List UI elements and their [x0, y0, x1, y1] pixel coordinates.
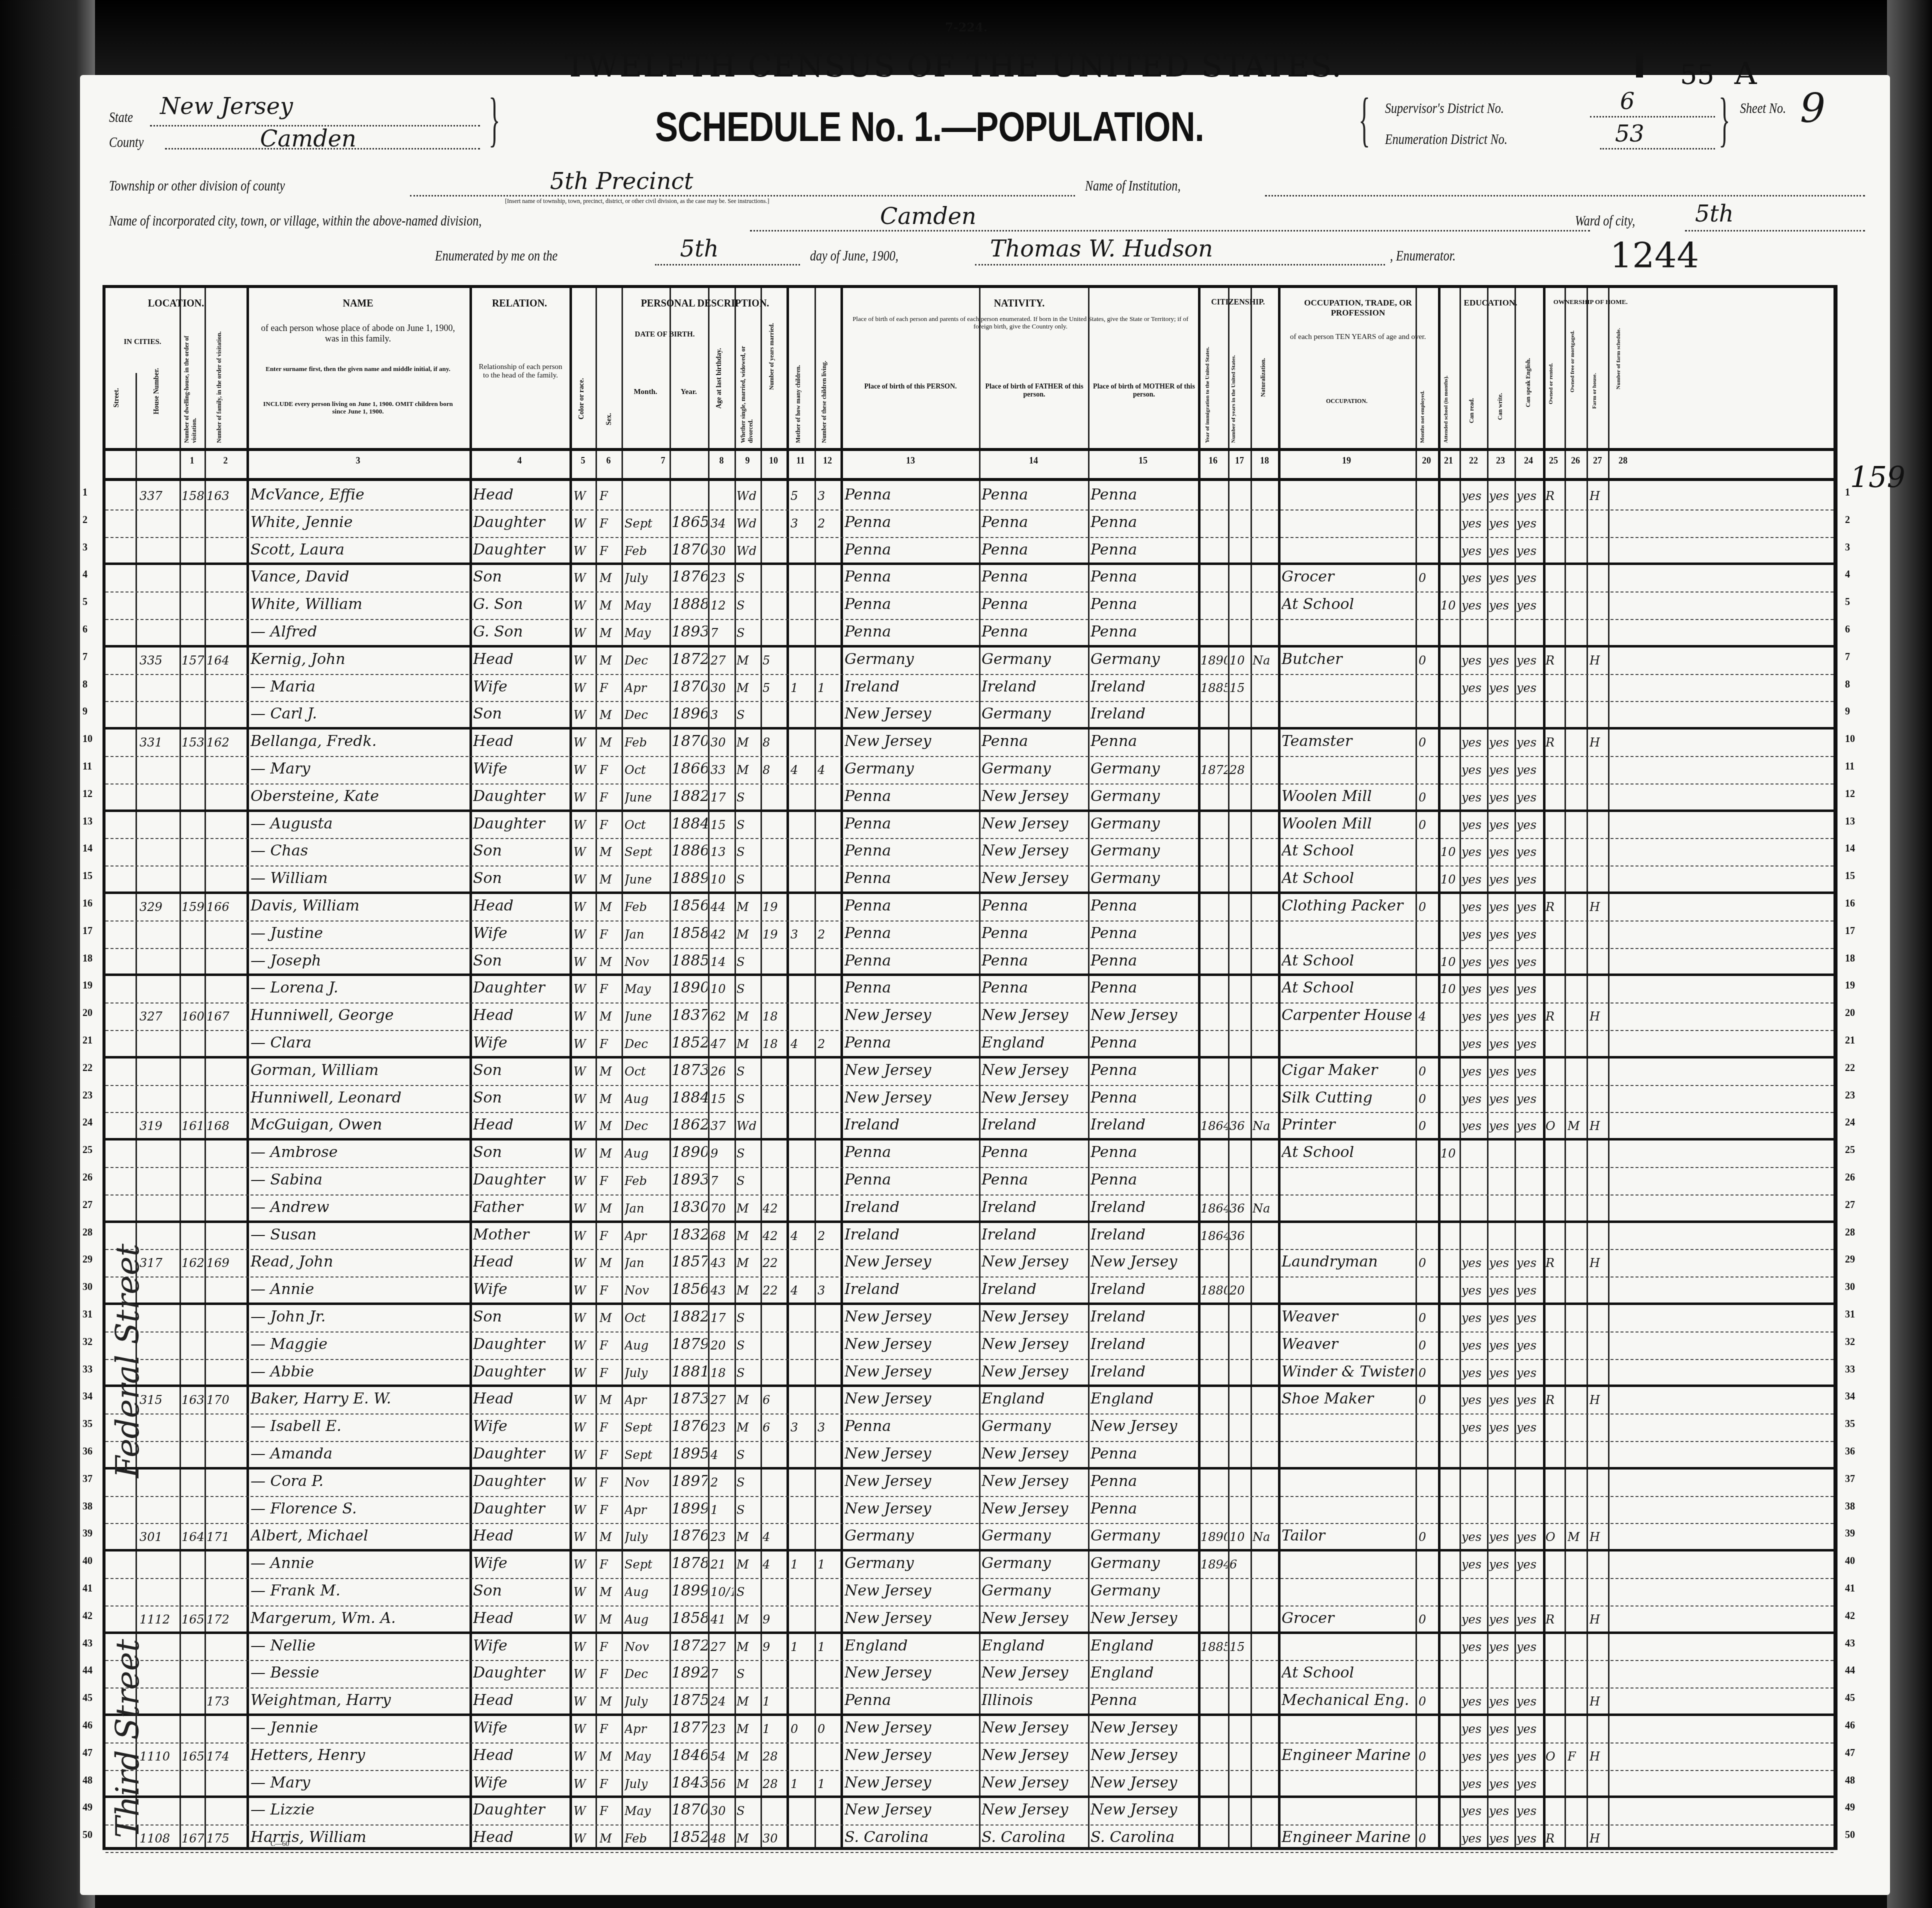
relation-cell[interactable]: Head: [473, 1390, 568, 1407]
birthplace-person-cell[interactable]: Penna: [844, 979, 977, 996]
can-read-cell[interactable]: yes: [1461, 1749, 1486, 1763]
can-speak-english-cell[interactable]: yes: [1516, 1366, 1542, 1380]
state-value[interactable]: New Jersey: [160, 92, 293, 119]
birth-year-cell[interactable]: 1892: [671, 1664, 707, 1681]
children-living-cell[interactable]: 4: [817, 763, 839, 777]
can-read-cell[interactable]: yes: [1461, 1037, 1486, 1051]
birthplace-father-cell[interactable]: Penna: [981, 623, 1086, 640]
children-living-cell[interactable]: 0: [817, 1722, 839, 1736]
years-in-us-cell[interactable]: 10: [1229, 1530, 1250, 1544]
marital-status-cell[interactable]: S: [736, 1503, 759, 1517]
can-write-cell[interactable]: yes: [1489, 982, 1514, 996]
person-name-cell[interactable]: — Maria: [250, 678, 468, 695]
can-write-cell[interactable]: yes: [1489, 872, 1514, 886]
birthplace-father-cell[interactable]: Ireland: [981, 1198, 1086, 1216]
age-cell[interactable]: 37: [710, 1119, 733, 1133]
can-read-cell[interactable]: yes: [1461, 1831, 1486, 1845]
birth-month-cell[interactable]: May: [624, 598, 668, 612]
can-read-cell[interactable]: yes: [1461, 1530, 1486, 1544]
person-name-cell[interactable]: — Nellie: [250, 1637, 468, 1654]
person-name-cell[interactable]: — Andrew: [250, 1198, 468, 1216]
can-read-cell[interactable]: yes: [1461, 982, 1486, 996]
months-school-cell[interactable]: 10: [1440, 1146, 1459, 1160]
birth-year-cell[interactable]: 1832: [671, 1226, 707, 1243]
age-cell[interactable]: 2: [710, 1475, 733, 1489]
birthplace-person-cell[interactable]: New Jersey: [844, 1308, 977, 1325]
years-married-cell[interactable]: 6: [762, 1393, 785, 1407]
occupation-cell[interactable]: Silk Cutting: [1281, 1089, 1414, 1106]
months-unemployed-cell[interactable]: 0: [1418, 900, 1437, 914]
color-race-cell[interactable]: W: [573, 955, 594, 969]
birth-month-cell[interactable]: Dec: [624, 653, 668, 667]
age-cell[interactable]: 68: [710, 1229, 733, 1243]
years-married-cell[interactable]: 28: [762, 1749, 785, 1763]
months-unemployed-cell[interactable]: 0: [1418, 1256, 1437, 1270]
dwelling-number-cell[interactable]: 165: [181, 1749, 204, 1763]
birth-year-cell[interactable]: 1852: [671, 1828, 707, 1846]
years-in-us-cell[interactable]: 36: [1229, 1201, 1250, 1215]
marital-status-cell[interactable]: S: [736, 1092, 759, 1106]
can-read-cell[interactable]: yes: [1461, 900, 1486, 914]
relation-cell[interactable]: Head: [473, 1527, 568, 1544]
age-cell[interactable]: 27: [710, 1640, 733, 1654]
dwelling-number-cell[interactable]: 161: [181, 1119, 204, 1133]
birthplace-father-cell[interactable]: New Jersey: [981, 1719, 1086, 1736]
color-race-cell[interactable]: W: [573, 763, 594, 777]
birthplace-mother-cell[interactable]: Germany: [1090, 869, 1196, 887]
birth-year-cell[interactable]: 1884: [671, 815, 707, 832]
birth-month-cell[interactable]: Feb: [624, 1174, 668, 1188]
can-read-cell[interactable]: yes: [1461, 1640, 1486, 1654]
sex-cell[interactable]: F: [599, 1448, 620, 1462]
years-in-us-cell[interactable]: 6: [1229, 1557, 1250, 1571]
can-speak-english-cell[interactable]: yes: [1516, 1804, 1542, 1818]
marital-status-cell[interactable]: M: [736, 1557, 759, 1571]
birth-year-cell[interactable]: 1876: [671, 1417, 707, 1435]
marital-status-cell[interactable]: S: [736, 790, 759, 804]
family-number-cell[interactable]: 174: [206, 1749, 245, 1763]
owned-rented-cell[interactable]: R: [1545, 1256, 1564, 1270]
relation-cell[interactable]: Son: [473, 869, 568, 887]
birthplace-person-cell[interactable]: New Jersey: [844, 1472, 977, 1490]
marital-status-cell[interactable]: M: [736, 1393, 759, 1407]
birthplace-person-cell[interactable]: Ireland: [844, 1198, 977, 1216]
birthplace-mother-cell[interactable]: Penna: [1090, 595, 1196, 613]
color-race-cell[interactable]: W: [573, 982, 594, 996]
age-cell[interactable]: 10: [710, 872, 733, 886]
mother-of-children-cell[interactable]: 1: [790, 1557, 813, 1571]
sex-cell[interactable]: M: [599, 1311, 620, 1325]
color-race-cell[interactable]: W: [573, 1092, 594, 1106]
can-write-cell[interactable]: yes: [1489, 1530, 1514, 1544]
owned-rented-cell[interactable]: R: [1545, 1393, 1564, 1407]
relation-cell[interactable]: Son: [473, 568, 568, 585]
birthplace-mother-cell[interactable]: Penna: [1090, 1472, 1196, 1490]
can-write-cell[interactable]: yes: [1489, 1640, 1514, 1654]
birthplace-person-cell[interactable]: Penna: [844, 869, 977, 887]
birthplace-person-cell[interactable]: New Jersey: [844, 1390, 977, 1407]
birth-month-cell[interactable]: Jan: [624, 1201, 668, 1215]
birth-month-cell[interactable]: Apr: [624, 1503, 668, 1517]
birth-month-cell[interactable]: July: [624, 1777, 668, 1791]
marital-status-cell[interactable]: S: [736, 708, 759, 722]
house-number-cell[interactable]: 319: [139, 1119, 179, 1133]
can-read-cell[interactable]: yes: [1461, 681, 1486, 695]
relation-cell[interactable]: Head: [473, 732, 568, 750]
dwelling-number-cell[interactable]: 164: [181, 1530, 204, 1544]
can-write-cell[interactable]: yes: [1489, 1366, 1514, 1380]
color-race-cell[interactable]: W: [573, 1585, 594, 1599]
years-married-cell[interactable]: 5: [762, 653, 785, 667]
years-married-cell[interactable]: 22: [762, 1283, 785, 1297]
sex-cell[interactable]: M: [599, 1585, 620, 1599]
birth-year-cell[interactable]: 1872: [671, 650, 707, 668]
birth-year-cell[interactable]: 1885: [671, 952, 707, 969]
birthplace-person-cell[interactable]: New Jersey: [844, 1089, 977, 1106]
birth-year-cell[interactable]: 1873: [671, 1061, 707, 1079]
birthplace-mother-cell[interactable]: New Jersey: [1090, 1253, 1196, 1270]
age-cell[interactable]: 17: [710, 790, 733, 804]
can-write-cell[interactable]: yes: [1489, 1119, 1514, 1133]
birth-year-cell[interactable]: 1876: [671, 568, 707, 585]
birthplace-mother-cell[interactable]: Germany: [1090, 760, 1196, 777]
can-speak-english-cell[interactable]: yes: [1516, 1283, 1542, 1297]
birthplace-mother-cell[interactable]: Ireland: [1090, 1363, 1196, 1380]
person-name-cell[interactable]: Albert, Michael: [250, 1527, 468, 1544]
occupation-cell[interactable]: Carpenter House: [1281, 1006, 1414, 1024]
person-name-cell[interactable]: — Jennie: [250, 1719, 468, 1736]
age-cell[interactable]: 30: [710, 681, 733, 695]
farm-house-cell[interactable]: H: [1589, 1694, 1607, 1708]
mother-of-children-cell[interactable]: 1: [790, 681, 813, 695]
relation-cell[interactable]: Son: [473, 1089, 568, 1106]
marital-status-cell[interactable]: M: [736, 1530, 759, 1544]
marital-status-cell[interactable]: M: [736, 1229, 759, 1243]
birthplace-father-cell[interactable]: New Jersey: [981, 842, 1086, 859]
years-married-cell[interactable]: 4: [762, 1557, 785, 1571]
occupation-cell[interactable]: Engineer Marine: [1281, 1746, 1414, 1764]
marital-status-cell[interactable]: M: [736, 653, 759, 667]
can-read-cell[interactable]: yes: [1461, 1338, 1486, 1352]
months-unemployed-cell[interactable]: 0: [1418, 1393, 1437, 1407]
birth-month-cell[interactable]: Nov: [624, 955, 668, 969]
birth-year-cell[interactable]: 1888: [671, 595, 707, 613]
relation-cell[interactable]: Head: [473, 486, 568, 503]
person-name-cell[interactable]: — Annie: [250, 1280, 468, 1298]
birth-month-cell[interactable]: Aug: [624, 1146, 668, 1160]
age-cell[interactable]: 7: [710, 1667, 733, 1681]
birthplace-mother-cell[interactable]: Ireland: [1090, 1198, 1196, 1216]
birth-year-cell[interactable]: 1870: [671, 732, 707, 750]
color-race-cell[interactable]: W: [573, 516, 594, 530]
immigration-year-cell[interactable]: 1864: [1200, 1201, 1227, 1215]
occupation-cell[interactable]: At School: [1281, 979, 1414, 996]
can-speak-english-cell[interactable]: yes: [1516, 544, 1542, 558]
birthplace-person-cell[interactable]: Penna: [844, 1417, 977, 1435]
birthplace-mother-cell[interactable]: Germany: [1090, 1582, 1196, 1599]
months-school-cell[interactable]: 10: [1440, 598, 1459, 612]
birth-month-cell[interactable]: Oct: [624, 818, 668, 832]
dwelling-number-cell[interactable]: 153: [181, 735, 204, 749]
sex-cell[interactable]: F: [599, 1804, 620, 1818]
person-name-cell[interactable]: — Justine: [250, 924, 468, 942]
person-name-cell[interactable]: — William: [250, 869, 468, 887]
occupation-cell[interactable]: At School: [1281, 1664, 1414, 1681]
can-speak-english-cell[interactable]: yes: [1516, 1557, 1542, 1571]
free-mortgaged-cell[interactable]: M: [1567, 1530, 1586, 1544]
person-name-cell[interactable]: Read, John: [250, 1253, 468, 1270]
can-speak-english-cell[interactable]: yes: [1516, 1119, 1542, 1133]
occupation-cell[interactable]: Butcher: [1281, 650, 1414, 668]
marital-status-cell[interactable]: M: [736, 900, 759, 914]
color-race-cell[interactable]: W: [573, 1667, 594, 1681]
birth-year-cell[interactable]: 1893: [671, 623, 707, 640]
birthplace-father-cell[interactable]: New Jersey: [981, 1664, 1086, 1681]
birthplace-father-cell[interactable]: New Jersey: [981, 1363, 1086, 1380]
birthplace-mother-cell[interactable]: Penna: [1090, 897, 1196, 914]
birth-month-cell[interactable]: June: [624, 790, 668, 804]
marital-status-cell[interactable]: M: [736, 681, 759, 695]
marital-status-cell[interactable]: S: [736, 1585, 759, 1599]
birthplace-mother-cell[interactable]: Ireland: [1090, 1308, 1196, 1325]
birthplace-father-cell[interactable]: Penna: [981, 486, 1086, 503]
relation-cell[interactable]: G. Son: [473, 623, 568, 640]
marital-status-cell[interactable]: Wd: [736, 1119, 759, 1133]
can-write-cell[interactable]: yes: [1489, 1612, 1514, 1626]
birthplace-mother-cell[interactable]: Germany: [1090, 1554, 1196, 1572]
birth-year-cell[interactable]: 1877: [671, 1719, 707, 1736]
sex-cell[interactable]: M: [599, 1694, 620, 1708]
birth-year-cell[interactable]: 1866: [671, 760, 707, 777]
can-speak-english-cell[interactable]: yes: [1516, 571, 1542, 585]
birth-month-cell[interactable]: May: [624, 1804, 668, 1818]
can-write-cell[interactable]: yes: [1489, 571, 1514, 585]
can-write-cell[interactable]: yes: [1489, 1831, 1514, 1845]
can-write-cell[interactable]: yes: [1489, 900, 1514, 914]
relation-cell[interactable]: Head: [473, 1691, 568, 1709]
color-race-cell[interactable]: W: [573, 653, 594, 667]
relation-cell[interactable]: Daughter: [473, 513, 568, 531]
relation-cell[interactable]: Daughter: [473, 815, 568, 832]
birth-year-cell[interactable]: 1890: [671, 1143, 707, 1161]
farm-house-cell[interactable]: H: [1589, 1831, 1607, 1845]
sex-cell[interactable]: F: [599, 1722, 620, 1736]
person-name-cell[interactable]: — Bessie: [250, 1664, 468, 1681]
birthplace-person-cell[interactable]: Penna: [844, 842, 977, 859]
months-unemployed-cell[interactable]: 0: [1418, 1092, 1437, 1106]
relation-cell[interactable]: Head: [473, 1609, 568, 1627]
age-cell[interactable]: 1: [710, 1503, 733, 1517]
dwelling-number-cell[interactable]: 162: [181, 1256, 204, 1270]
can-write-cell[interactable]: yes: [1489, 790, 1514, 804]
person-name-cell[interactable]: — Augusta: [250, 815, 468, 832]
birthplace-father-cell[interactable]: Penna: [981, 595, 1086, 613]
can-read-cell[interactable]: yes: [1461, 1256, 1486, 1270]
relation-cell[interactable]: Wife: [473, 1774, 568, 1791]
can-speak-english-cell[interactable]: yes: [1516, 598, 1542, 612]
birth-year-cell[interactable]: 1837: [671, 1006, 707, 1024]
birthplace-person-cell[interactable]: Penna: [844, 623, 977, 640]
marital-status-cell[interactable]: M: [736, 1694, 759, 1708]
owned-rented-cell[interactable]: R: [1545, 1831, 1564, 1845]
children-living-cell[interactable]: 2: [817, 516, 839, 530]
relation-cell[interactable]: Head: [473, 1746, 568, 1764]
birth-year-cell[interactable]: 1858: [671, 1609, 707, 1627]
sex-cell[interactable]: M: [599, 1092, 620, 1106]
birthplace-person-cell[interactable]: Penna: [844, 815, 977, 832]
person-name-cell[interactable]: Weightman, Harry: [250, 1691, 468, 1709]
sex-cell[interactable]: M: [599, 1530, 620, 1544]
months-school-cell[interactable]: 10: [1440, 955, 1459, 969]
age-cell[interactable]: 56: [710, 1777, 733, 1791]
sex-cell[interactable]: F: [599, 489, 620, 503]
person-name-cell[interactable]: McGuigan, Owen: [250, 1116, 468, 1133]
color-race-cell[interactable]: W: [573, 790, 594, 804]
birthplace-father-cell[interactable]: Illinois: [981, 1691, 1086, 1709]
birth-year-cell[interactable]: 1830: [671, 1198, 707, 1216]
enumeration-value[interactable]: 53: [1615, 120, 1644, 147]
relation-cell[interactable]: Daughter: [473, 1664, 568, 1681]
birth-year-cell[interactable]: 1882: [671, 1308, 707, 1325]
birth-month-cell[interactable]: June: [624, 1009, 668, 1023]
can-speak-english-cell[interactable]: yes: [1516, 735, 1542, 749]
can-read-cell[interactable]: yes: [1461, 1393, 1486, 1407]
immigration-year-cell[interactable]: 1885: [1200, 1640, 1227, 1654]
mother-of-children-cell[interactable]: 4: [790, 763, 813, 777]
years-married-cell[interactable]: 9: [762, 1640, 785, 1654]
birthplace-father-cell[interactable]: New Jersey: [981, 1253, 1086, 1270]
birthplace-mother-cell[interactable]: Penna: [1090, 979, 1196, 996]
can-speak-english-cell[interactable]: yes: [1516, 790, 1542, 804]
naturalization-cell[interactable]: Na: [1252, 1530, 1277, 1544]
owned-rented-cell[interactable]: O: [1545, 1119, 1564, 1133]
years-in-us-cell[interactable]: 20: [1229, 1283, 1250, 1297]
can-speak-english-cell[interactable]: yes: [1516, 1338, 1542, 1352]
birth-year-cell[interactable]: 1857: [671, 1253, 707, 1270]
birthplace-person-cell[interactable]: Penna: [844, 924, 977, 942]
marital-status-cell[interactable]: S: [736, 626, 759, 640]
sex-cell[interactable]: M: [599, 1831, 620, 1845]
relation-cell[interactable]: Wife: [473, 760, 568, 777]
can-read-cell[interactable]: yes: [1461, 1311, 1486, 1325]
birthplace-person-cell[interactable]: Penna: [844, 486, 977, 503]
years-married-cell[interactable]: 1: [762, 1694, 785, 1708]
ward-value[interactable]: 5th: [1695, 200, 1733, 227]
color-race-cell[interactable]: W: [573, 1283, 594, 1297]
relation-cell[interactable]: Wife: [473, 1719, 568, 1736]
supervisor-value[interactable]: 6: [1620, 87, 1634, 114]
age-cell[interactable]: 30: [710, 735, 733, 749]
birth-month-cell[interactable]: Dec: [624, 1667, 668, 1681]
house-number-cell[interactable]: 301: [139, 1530, 179, 1544]
can-speak-english-cell[interactable]: yes: [1516, 653, 1542, 667]
mother-of-children-cell[interactable]: 4: [790, 1283, 813, 1297]
birthplace-person-cell[interactable]: Ireland: [844, 1280, 977, 1298]
can-speak-english-cell[interactable]: yes: [1516, 818, 1542, 832]
relation-cell[interactable]: Daughter: [473, 1801, 568, 1818]
birth-month-cell[interactable]: July: [624, 1366, 668, 1380]
occupation-cell[interactable]: Tailor: [1281, 1527, 1414, 1544]
birthplace-mother-cell[interactable]: Germany: [1090, 815, 1196, 832]
marital-status-cell[interactable]: M: [736, 1256, 759, 1270]
color-race-cell[interactable]: W: [573, 900, 594, 914]
birthplace-person-cell[interactable]: Penna: [844, 1691, 977, 1709]
can-speak-english-cell[interactable]: yes: [1516, 845, 1542, 859]
immigration-year-cell[interactable]: 1864: [1200, 1229, 1227, 1243]
years-married-cell[interactable]: 1: [762, 1722, 785, 1736]
color-race-cell[interactable]: W: [573, 735, 594, 749]
sex-cell[interactable]: M: [599, 598, 620, 612]
birth-year-cell[interactable]: 1865: [671, 513, 707, 531]
person-name-cell[interactable]: — Sabina: [250, 1171, 468, 1188]
occupation-cell[interactable]: Winder & Twister: [1281, 1363, 1414, 1380]
birth-month-cell[interactable]: Jan: [624, 927, 668, 941]
children-living-cell[interactable]: 1: [817, 1777, 839, 1791]
birthplace-mother-cell[interactable]: New Jersey: [1090, 1006, 1196, 1024]
dwelling-number-cell[interactable]: 160: [181, 1009, 204, 1023]
occupation-cell[interactable]: Printer: [1281, 1116, 1414, 1133]
age-cell[interactable]: 70: [710, 1201, 733, 1215]
age-cell[interactable]: 7: [710, 1174, 733, 1188]
can-write-cell[interactable]: yes: [1489, 927, 1514, 941]
marital-status-cell[interactable]: S: [736, 1448, 759, 1462]
birth-month-cell[interactable]: Aug: [624, 1092, 668, 1106]
birthplace-mother-cell[interactable]: Penna: [1090, 486, 1196, 503]
person-name-cell[interactable]: — Susan: [250, 1226, 468, 1243]
birthplace-father-cell[interactable]: New Jersey: [981, 1006, 1086, 1024]
birthplace-mother-cell[interactable]: Germany: [1090, 650, 1196, 668]
marital-status-cell[interactable]: S: [736, 1667, 759, 1681]
birthplace-person-cell[interactable]: Germany: [844, 1527, 977, 1544]
city-value[interactable]: Camden: [880, 202, 976, 229]
marital-status-cell[interactable]: Wd: [736, 489, 759, 503]
birth-year-cell[interactable]: 1876: [671, 1527, 707, 1544]
color-race-cell[interactable]: W: [573, 1393, 594, 1407]
birthplace-mother-cell[interactable]: Penna: [1090, 1143, 1196, 1161]
birthplace-mother-cell[interactable]: Ireland: [1090, 705, 1196, 722]
can-write-cell[interactable]: yes: [1489, 1256, 1514, 1270]
relation-cell[interactable]: Son: [473, 1061, 568, 1079]
relation-cell[interactable]: Head: [473, 1828, 568, 1846]
can-read-cell[interactable]: yes: [1461, 1612, 1486, 1626]
months-school-cell[interactable]: 10: [1440, 872, 1459, 886]
enumerator-name[interactable]: Thomas W. Hudson: [990, 235, 1213, 262]
months-unemployed-cell[interactable]: 0: [1418, 1749, 1437, 1763]
age-cell[interactable]: 62: [710, 1009, 733, 1023]
occupation-cell[interactable]: Clothing Packer: [1281, 897, 1414, 914]
can-write-cell[interactable]: yes: [1489, 653, 1514, 667]
marital-status-cell[interactable]: S: [736, 1366, 759, 1380]
birth-month-cell[interactable]: Feb: [624, 1831, 668, 1845]
months-unemployed-cell[interactable]: 0: [1418, 818, 1437, 832]
sex-cell[interactable]: M: [599, 1064, 620, 1078]
birthplace-mother-cell[interactable]: Ireland: [1090, 1116, 1196, 1133]
birth-month-cell[interactable]: Nov: [624, 1640, 668, 1654]
house-number-cell[interactable]: 329: [139, 900, 179, 914]
marital-status-cell[interactable]: S: [736, 845, 759, 859]
family-number-cell[interactable]: 164: [206, 653, 245, 667]
years-married-cell[interactable]: 18: [762, 1037, 785, 1051]
birthplace-person-cell[interactable]: New Jersey: [844, 1500, 977, 1517]
age-cell[interactable]: 15: [710, 1092, 733, 1106]
can-speak-english-cell[interactable]: yes: [1516, 1092, 1542, 1106]
mother-of-children-cell[interactable]: 4: [790, 1229, 813, 1243]
marital-status-cell[interactable]: M: [736, 927, 759, 941]
color-race-cell[interactable]: W: [573, 1777, 594, 1791]
immigration-year-cell[interactable]: 1864: [1200, 1119, 1227, 1133]
house-number-cell[interactable]: 327: [139, 1009, 179, 1023]
relation-cell[interactable]: Wife: [473, 1637, 568, 1654]
